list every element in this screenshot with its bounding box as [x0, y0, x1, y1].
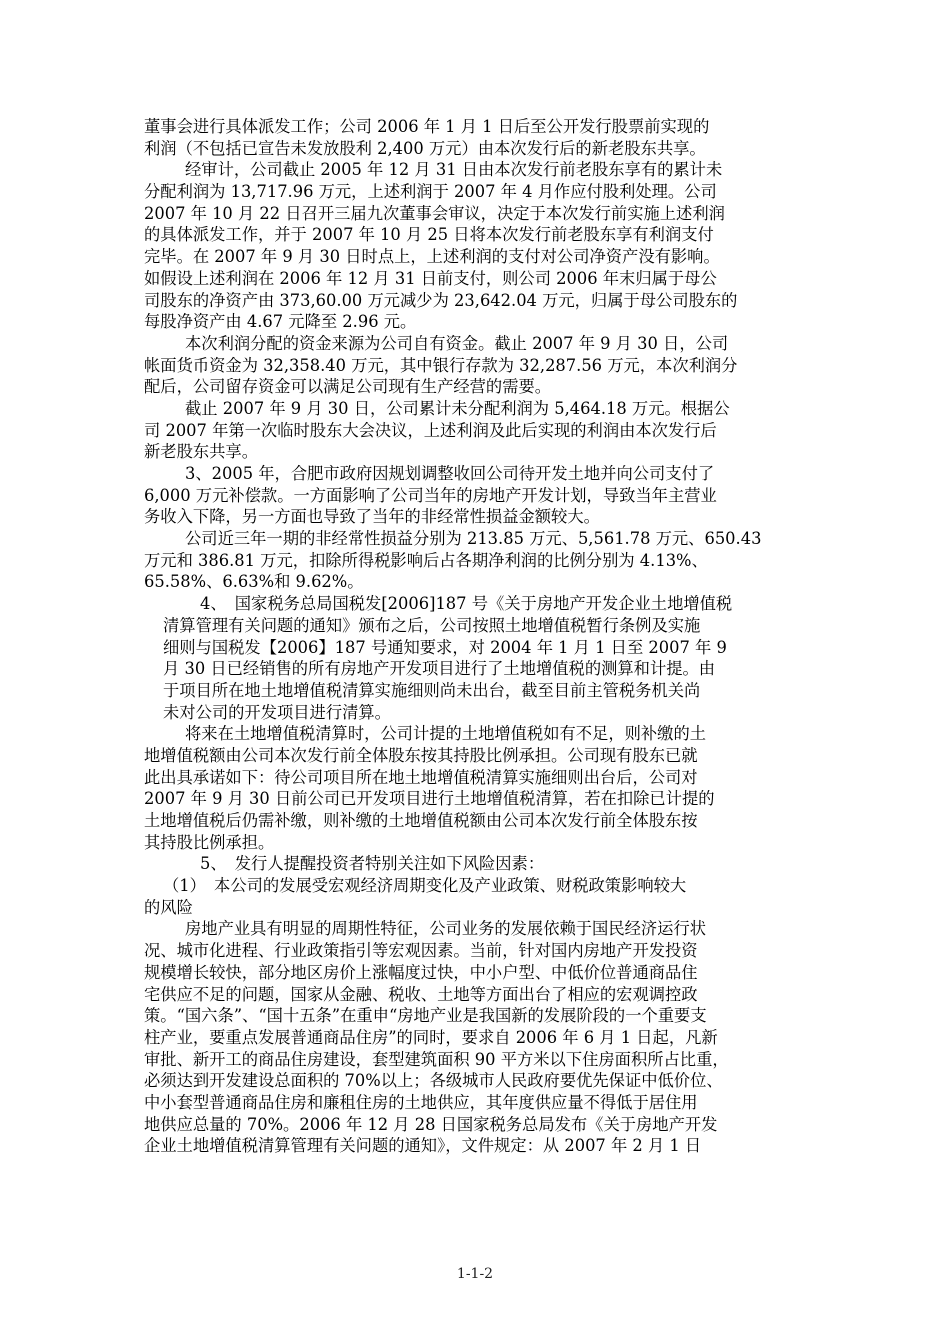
text-line: 策。“国六条”、“国十五条”在重申“房地产业是我国新的发展阶段的一个重要支 [144, 1005, 824, 1027]
text-line: 6,000 万元补偿款。一方面影响了公司当年的房地产开发计划，导致当年主营业 [144, 485, 824, 507]
text-line: 分配利润为 13,717.96 万元，上述利润于 2007 年 4 月作应付股利… [144, 181, 824, 203]
text-line: 细则与国税发【2006】187 号通知要求，对 2004 年 1 月 1 日至 … [144, 637, 824, 659]
text-line: 帐面货币资金为 32,358.40 万元，其中银行存款为 32,287.56 万… [144, 355, 824, 377]
text-line: 的风险 [144, 897, 824, 919]
text-line: 此出具承诺如下：待公司项目所在地土地增值税清算实施细则出台后，公司对 [144, 767, 824, 789]
text-line: 公司近三年一期的非经常性损益分别为 213.85 万元、5,561.78 万元、… [144, 528, 824, 550]
text-line: 每股净资产由 4.67 元降至 2.96 元。 [144, 311, 824, 333]
text-line: 经审计，公司截止 2005 年 12 月 31 日由本次发行前老股东享有的累计未 [144, 159, 824, 181]
page-number: 1-1-2 [0, 1266, 950, 1282]
text-line: 利润（不包括已宣告未发放股利 2,400 万元）由本次发行后的新老股东共享。 [144, 138, 824, 160]
text-line: 配后，公司留存资金可以满足公司现有生产经营的需要。 [144, 376, 824, 398]
text-line: 董事会进行具体派发工作；公司 2006 年 1 月 1 日后至公开发行股票前实现… [144, 116, 824, 138]
text-line: 规模增长较快，部分地区房价上涨幅度过快，中小户型、中低价位普通商品住 [144, 962, 824, 984]
document-body: 董事会进行具体派发工作；公司 2006 年 1 月 1 日后至公开发行股票前实现… [144, 116, 824, 1157]
text-line: 清算管理有关问题的通知》颁布之后，公司按照土地增值税暂行条例及实施 [144, 615, 824, 637]
text-line: 2007 年 9 月 30 日前公司已开发项目进行土地增值税清算，若在扣除已计提… [144, 788, 824, 810]
text-line: 柱产业，要重点发展普通商品住房”的同时，要求自 2006 年 6 月 1 日起，… [144, 1027, 824, 1049]
document-page: 董事会进行具体派发工作；公司 2006 年 1 月 1 日后至公开发行股票前实现… [0, 0, 950, 1344]
text-line: 审批、新开工的商品住房建设，套型建筑面积 90 平方米以下住房面积所占比重， [144, 1049, 824, 1071]
text-line: 地增值税额由公司本次发行前全体股东按其持股比例承担。公司现有股东已就 [144, 745, 824, 767]
text-line: 65.58%、6.63%和 9.62%。 [144, 571, 824, 593]
text-line: 司股东的净资产由 373,60.00 万元减少为 23,642.04 万元，归属… [144, 290, 824, 312]
text-line: 况、城市化进程、行业政策指引等宏观因素。当前，针对国内房地产开发投资 [144, 940, 824, 962]
text-line: 如假设上述利润在 2006 年 12 月 31 日前支付，则公司 2006 年末… [144, 268, 824, 290]
text-line: 中小套型普通商品住房和廉租住房的土地供应，其年度供应量不得低于居住用 [144, 1092, 824, 1114]
text-line: 宅供应不足的问题，国家从金融、税收、土地等方面出台了相应的宏观调控政 [144, 984, 824, 1006]
list-item-heading: 5、 发行人提醒投资者特别关注如下风险因素： [144, 853, 824, 875]
text-line: 新老股东共享。 [144, 441, 824, 463]
text-line: 于项目所在地土地增值税清算实施细则尚未出台，截至目前主管税务机关尚 [144, 680, 824, 702]
text-line: 其持股比例承担。 [144, 832, 824, 854]
text-line: 未对公司的开发项目进行清算。 [144, 702, 824, 724]
text-line: 的具体派发工作，并于 2007 年 10 月 25 日将本次发行前老股东享有利润… [144, 224, 824, 246]
text-line: 完毕。在 2007 年 9 月 30 日时点上，上述利润的支付对公司净资产没有影… [144, 246, 824, 268]
text-line: 截止 2007 年 9 月 30 日，公司累计未分配利润为 5,464.18 万… [144, 398, 824, 420]
text-line: 务收入下降，另一方面也导致了当年的非经常性损益金额较大。 [144, 506, 824, 528]
text-line: 本次利润分配的资金来源为公司自有资金。截止 2007 年 9 月 30 日，公司 [144, 333, 824, 355]
text-line: 房地产业具有明显的周期性特征，公司业务的发展依赖于国民经济运行状 [144, 918, 824, 940]
text-line: 万元和 386.81 万元，扣除所得税影响后占各期净利润的比例分别为 4.13%… [144, 550, 824, 572]
text-line: 司 2007 年第一次临时股东大会决议，上述利润及此后实现的利润由本次发行后 [144, 420, 824, 442]
text-line: 企业土地增值税清算管理有关问题的通知》，文件规定：从 2007 年 2 月 1 … [144, 1135, 824, 1157]
text-line: 将来在土地增值税清算时，公司计提的土地增值税如有不足，则补缴的土 [144, 723, 824, 745]
sub-item-heading: （1） 本公司的发展受宏观经济周期变化及产业政策、财税政策影响较大 [144, 875, 824, 897]
list-item-heading: 4、 国家税务总局国税发[2006]187 号《关于房地产开发企业土地增值税 [144, 593, 824, 615]
text-line: 2007 年 10 月 22 日召开三届九次董事会审议，决定于本次发行前实施上述… [144, 203, 824, 225]
text-line: 地供应总量的 70%。2006 年 12 月 28 日国家税务总局发布《关于房地… [144, 1114, 824, 1136]
text-line: 月 30 日已经销售的所有房地产开发项目进行了土地增值税的测算和计提。由 [144, 658, 824, 680]
text-line: 必须达到开发建设总面积的 70%以上；各级城市人民政府要优先保证中低价位、 [144, 1070, 824, 1092]
text-line: 3、2005 年，合肥市政府因规划调整收回公司待开发土地并向公司支付了 [144, 463, 824, 485]
text-line: 土地增值税后仍需补缴，则补缴的土地增值税额由公司本次发行前全体股东按 [144, 810, 824, 832]
